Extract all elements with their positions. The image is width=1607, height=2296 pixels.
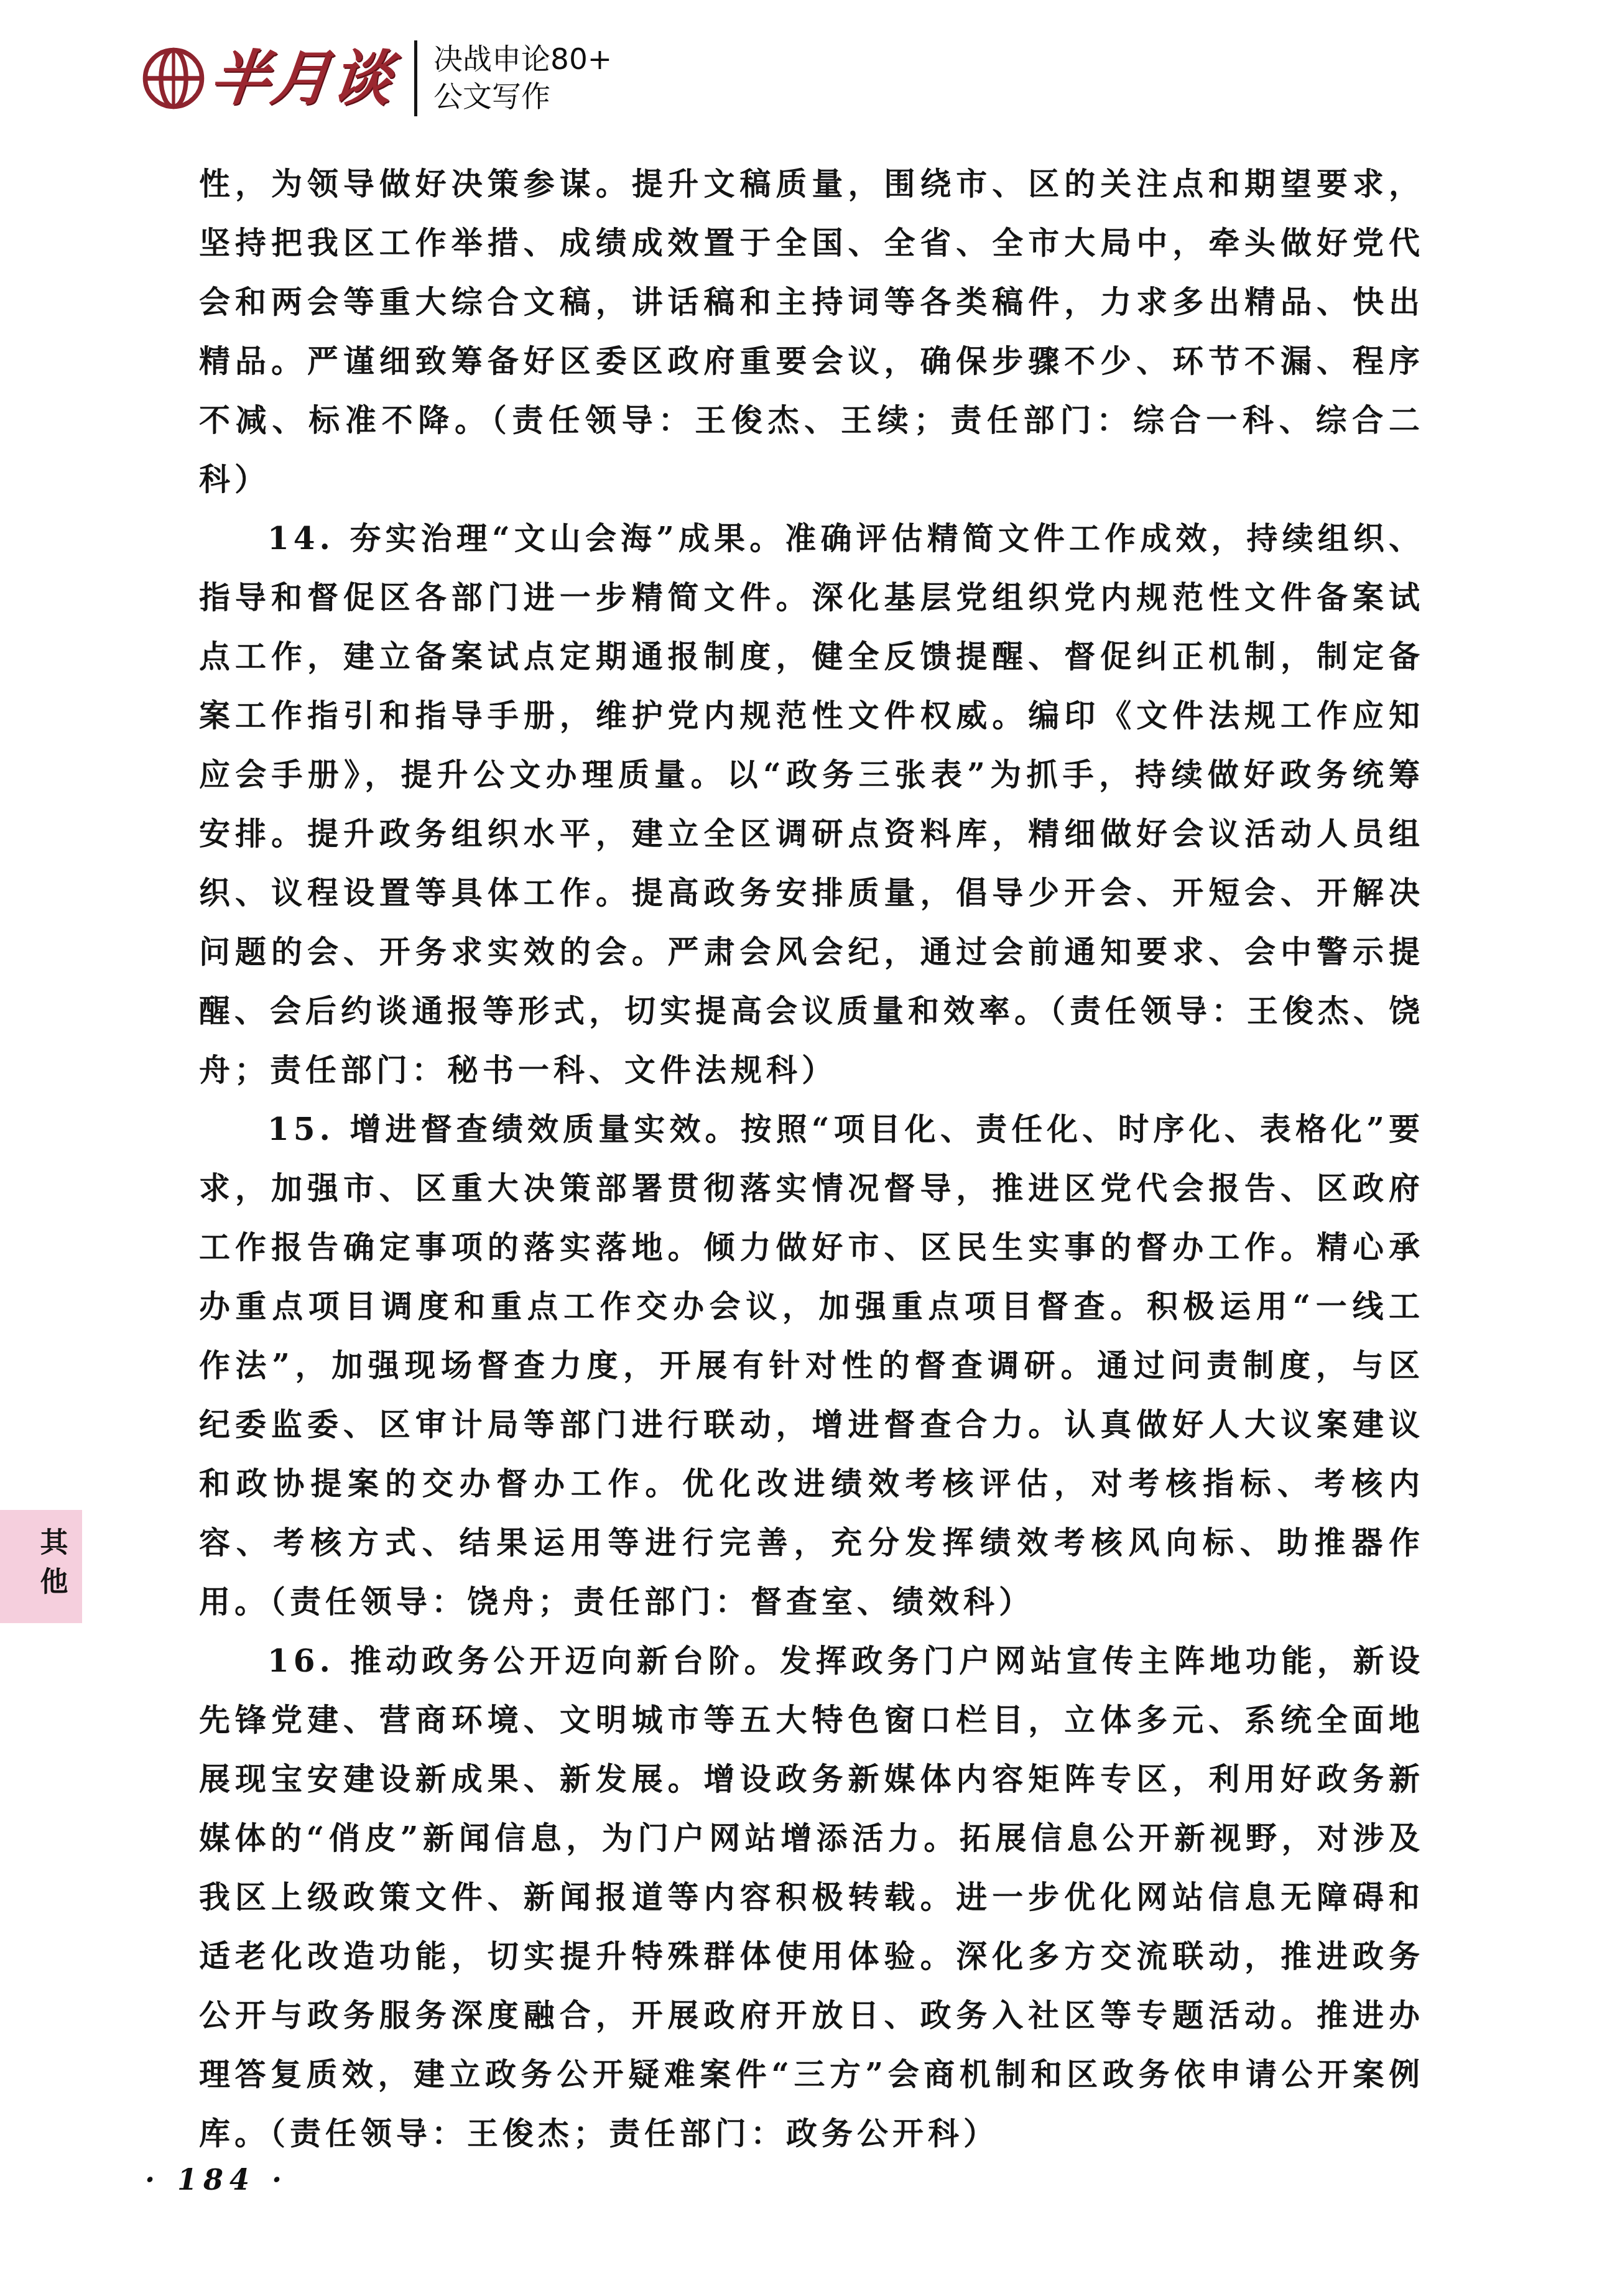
globe-icon (141, 45, 206, 111)
body-paragraph: 15. 增进督查绩效质量实效。按照“项目化、责任化、时序化、表格化”要求，加强市… (199, 1099, 1424, 1631)
document-body: 性，为领导做好决策参谋。提升文稿质量，围绕市、区的关注点和期望要求，坚持把我区工… (199, 154, 1424, 2163)
page-header: 半月谈 决战申论80+ 公文写作 (141, 35, 612, 122)
page-footer: · 184 · (145, 2163, 288, 2196)
page-number: · 184 · (145, 2163, 288, 2196)
section-title: 公文写作 (433, 78, 612, 116)
body-paragraph: 16. 推动政务公开迈向新台阶。发挥政务门户网站宣传主阵地功能，新设先锋党建、营… (199, 1631, 1424, 2163)
side-tab-other: 其他 (0, 1510, 82, 1623)
body-paragraph: 性，为领导做好决策参谋。提升文稿质量，围绕市、区的关注点和期望要求，坚持把我区工… (199, 154, 1424, 509)
series-title: 决战申论80+ (433, 41, 612, 78)
side-tab-label: 其他 (38, 1527, 66, 1606)
logo-wordmark: 半月谈 (207, 49, 396, 108)
banyuetan-logo: 半月谈 (141, 45, 393, 111)
body-paragraph: 14. 夯实治理“文山会海”成果。准确评估精简文件工作成效，持续组织、指导和督促… (199, 509, 1424, 1099)
header-divider (414, 40, 417, 116)
book-page: { "header": { "logo_text": "半月谈", "logo_… (0, 0, 1607, 2296)
header-titles: 决战申论80+ 公文写作 (433, 41, 612, 116)
